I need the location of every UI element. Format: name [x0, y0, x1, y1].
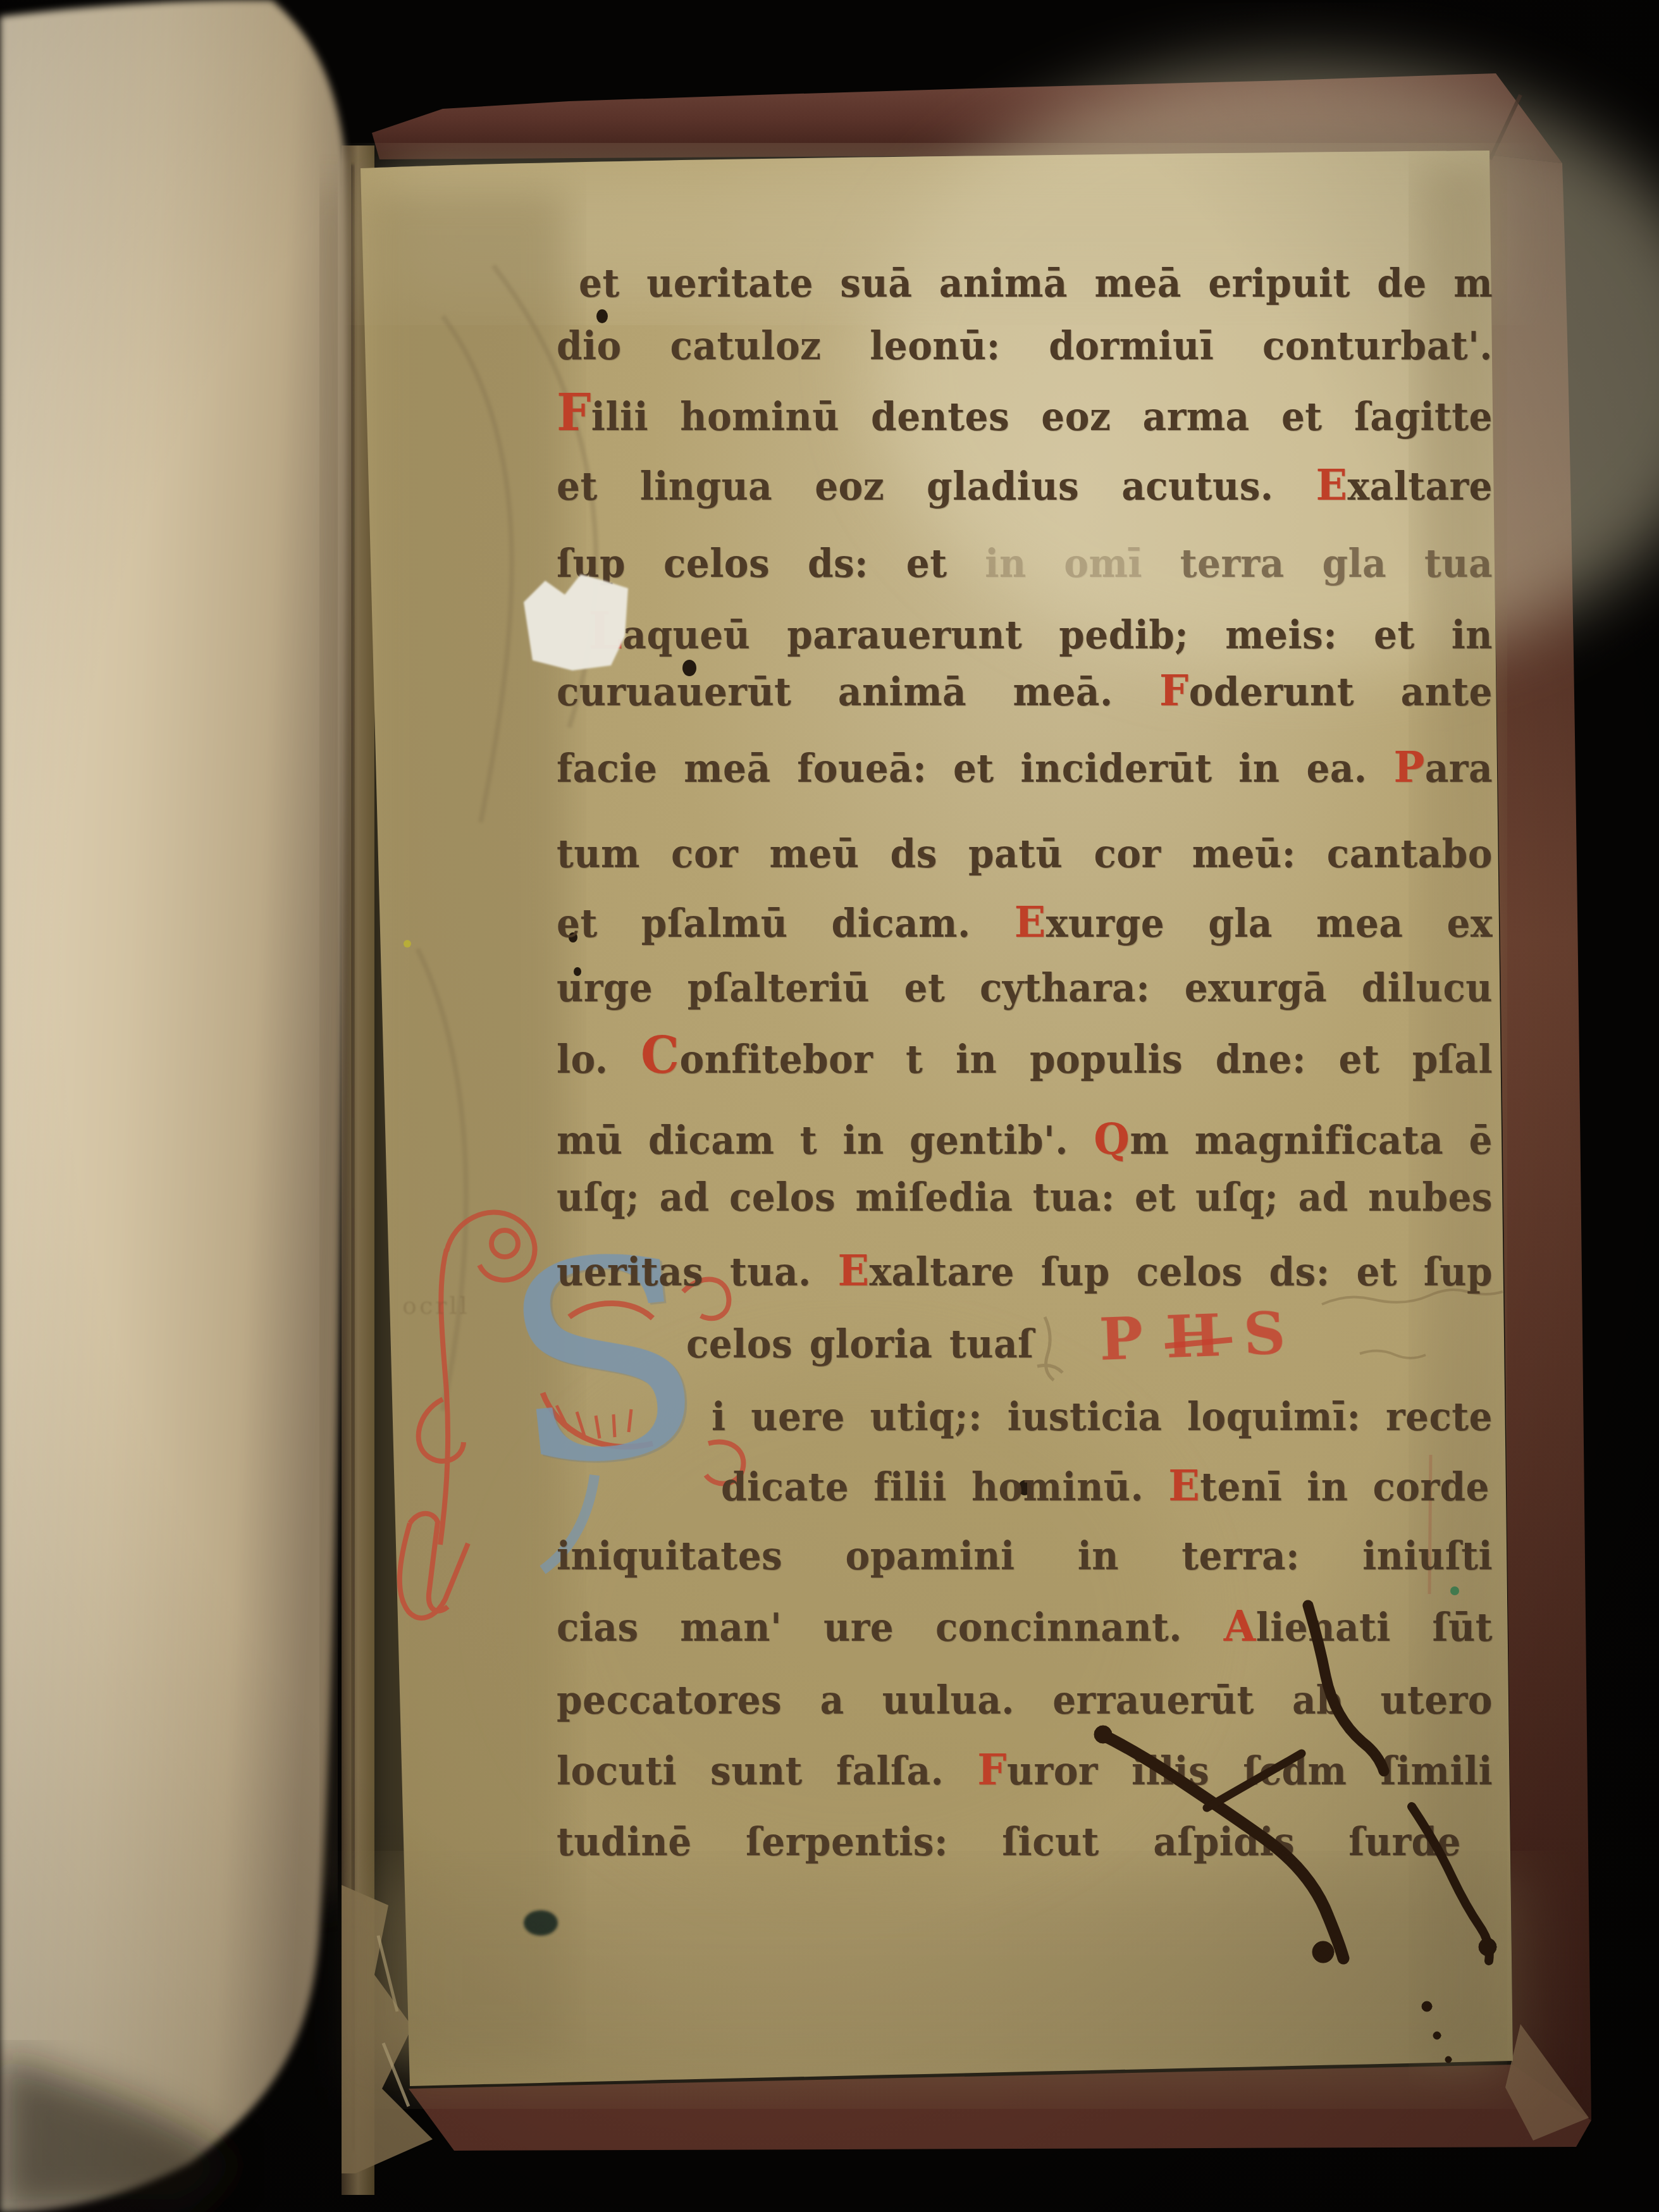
text-line: peccatores a uulua. errauerūt ab utero	[557, 1669, 1493, 1735]
text-segment: terra gla tua	[1180, 541, 1493, 586]
text-segment: oderunt ante	[1189, 669, 1493, 714]
text-segment: facie meā foueā: et inciderūt in ea.	[557, 746, 1393, 791]
text-segment: tum cor meū ds patū cor meū: cantabo	[557, 831, 1493, 876]
rubricated-initial: A	[1224, 1601, 1256, 1652]
text-line: dicate filii hominū. Etenī in corde	[721, 1454, 1489, 1521]
text-line: iniquitates opamini in terra: iniuſti	[557, 1524, 1493, 1591]
text-segment: xurge gla mea ex	[1046, 901, 1493, 946]
text-segment: in omī	[985, 541, 1180, 586]
rubricated-initial: P	[1393, 742, 1424, 793]
text-block: et ueritate suā animā meā eripuit de mdi…	[0, 0, 1659, 2212]
text-line: curuauerūt animā meā. Foderunt ante	[557, 659, 1493, 726]
text-segment: celos gloria tuaſ	[686, 1321, 1033, 1366]
text-line: facie meā foueā: et inciderūt in ea. Par…	[557, 736, 1493, 802]
text-segment: et lingua eoz gladius acutus.	[557, 464, 1316, 509]
text-segment: tudinē ſerpentis: ſicut aſpidis ſurde	[557, 1819, 1461, 1864]
text-line: lo. Confitebor t in populis dne: et pſal	[557, 1024, 1493, 1091]
text-segment: curuauerūt animā meā.	[557, 669, 1159, 714]
text-segment: et pſalmū dicam.	[557, 901, 1015, 946]
text-segment: ſup celos ds: et	[557, 541, 985, 586]
text-line: Laqueū parauerunt pedib; meis: et in	[588, 600, 1493, 666]
text-line: et pſalmū dicam. Exurge gla mea ex	[557, 891, 1493, 957]
text-segment: aqueū parauerunt pedib; meis: et in	[622, 613, 1493, 658]
text-segment: i uere utiq;: iusticia loquimī: recte iu	[712, 1394, 1493, 1451]
text-segment: dio catuloz leonū: dormiuī conturbat'.	[557, 323, 1493, 368]
text-line: et ueritate suā animā meā eripuit de m	[579, 252, 1493, 318]
text-line: ſup celos ds: et in omī terra gla tua	[557, 532, 1493, 598]
text-line: locuti sunt falſa. Furor illis ſcdm ſimi…	[557, 1738, 1493, 1805]
text-segment: iniquitates opamini in terra: iniuſti	[557, 1533, 1493, 1578]
text-segment: dicate filii hominū.	[721, 1464, 1168, 1509]
manuscript-photograph: et ueritate suā animā meā eripuit de mdi…	[0, 0, 1659, 2212]
text-segment: m magnificata ē	[1130, 1118, 1493, 1163]
text-line: cias man' ure concinnant. Alienati ſūt	[557, 1595, 1493, 1661]
text-line: Filii hominū dentes eoz arma et ſagitte	[557, 381, 1493, 448]
text-line: tum cor meū ds patū cor meū: cantabo	[557, 822, 1493, 889]
text-segment: ueritas tua.	[557, 1249, 837, 1294]
text-segment: uror illis ſcdm ſimili	[1007, 1748, 1493, 1793]
text-segment: locuti sunt falſa.	[557, 1748, 977, 1793]
text-segment: xaltare ſup celos ds: et ſup	[869, 1249, 1493, 1294]
text-line: ueritas tua. Exaltare ſup celos ds: et ſ…	[557, 1239, 1493, 1306]
rubricated-initial: F	[1159, 665, 1189, 716]
rubricated-initial: E	[1168, 1461, 1200, 1511]
text-line: i uere utiq;: iusticia loquimī: recte iu	[712, 1385, 1493, 1452]
text-segment: lienati ſūt	[1256, 1605, 1493, 1650]
rubricated-initial: E	[1015, 897, 1046, 948]
rubricated-initial: Q	[1094, 1114, 1130, 1165]
text-segment: tenī in corde	[1200, 1464, 1489, 1509]
text-segment: urge pſalteriū et cythara: exurgā dilucu	[557, 965, 1493, 1010]
text-segment: mū dicam t in gentib'.	[557, 1118, 1094, 1163]
rubricated-initial: L	[588, 602, 622, 662]
text-line: celos gloria tuaſ	[686, 1313, 1129, 1379]
text-segment: et ueritate suā animā meā eripuit de m	[579, 261, 1493, 306]
rubricated-initial: F	[557, 383, 591, 443]
text-line: mū dicam t in gentib'. Qm magnificata ē	[557, 1108, 1493, 1174]
text-segment: ilii hominū dentes eoz arma et ſagitte	[591, 395, 1493, 440]
text-line: dio catuloz leonū: dormiuī conturbat'.	[557, 314, 1493, 381]
rubricated-initial: C	[641, 1026, 679, 1086]
text-segment: uſq; ad celos miſedia tua: et uſq; ad nu…	[557, 1175, 1493, 1220]
text-line: et lingua eoz gladius acutus. Exaltare	[557, 454, 1493, 520]
text-segment: ara	[1425, 746, 1493, 791]
text-line: urge pſalteriū et cythara: exurgā dilucu	[557, 956, 1493, 1023]
text-segment: lo.	[557, 1037, 641, 1082]
rubric-phs: PHS	[1098, 1298, 1309, 1373]
text-line: uſq; ad celos miſedia tua: et uſq; ad nu…	[557, 1166, 1493, 1232]
rubricated-initial: E	[837, 1245, 869, 1296]
rubricated-initial: F	[977, 1745, 1007, 1795]
text-segment: cias man' ure concinnant.	[557, 1605, 1224, 1650]
text-segment: onfitebor t in populis dne: et pſal	[680, 1037, 1493, 1082]
rubricated-initial: E	[1316, 460, 1347, 510]
text-segment: xaltare	[1347, 464, 1493, 509]
text-line: tudinē ſerpentis: ſicut aſpidis ſurde	[557, 1810, 1461, 1877]
text-segment: peccatores a uulua. errauerūt ab utero	[557, 1678, 1493, 1722]
